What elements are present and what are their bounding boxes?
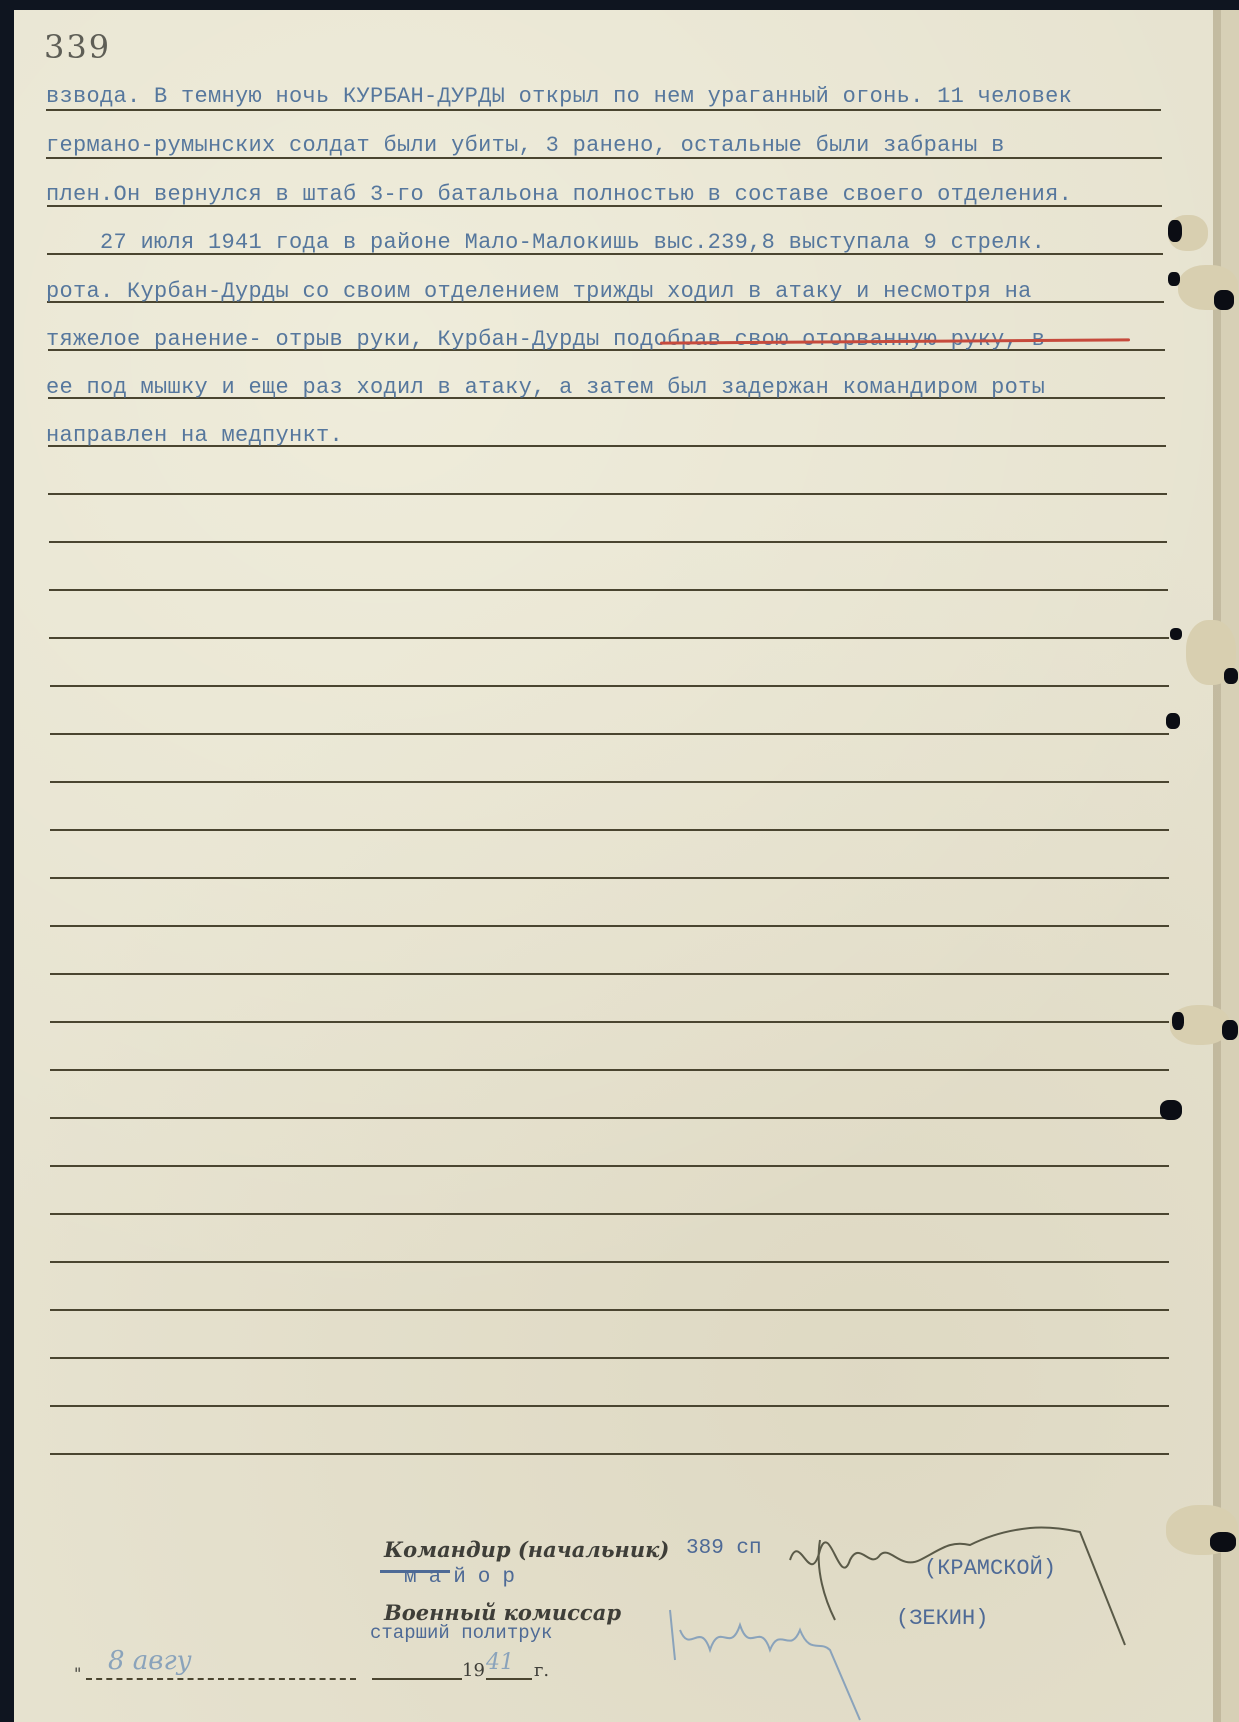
body-line-2: германо-румынских солдат были убиты, 3 р… [46, 133, 1005, 158]
document-page [14, 10, 1239, 1722]
commander-unit: 389 сп [686, 1537, 762, 1560]
body-line-1: взвода. В темную ночь КУРБАН-ДУРДЫ откры… [46, 84, 1072, 109]
ruled-line [50, 1357, 1170, 1359]
binding-hole [1222, 1020, 1238, 1040]
binding-hole [1224, 668, 1238, 684]
binding-hole [1160, 1100, 1182, 1120]
ruled-line [49, 589, 1168, 591]
ruled-line [46, 109, 1161, 111]
ruled-line [50, 1453, 1170, 1455]
ruled-line [50, 1117, 1170, 1119]
ruled-line [50, 829, 1170, 831]
ruled-line [50, 1405, 1170, 1407]
ruled-line [50, 1261, 1170, 1263]
binding-hole [1170, 628, 1182, 640]
binding-hole [1168, 220, 1182, 242]
ruled-line [50, 1165, 1170, 1167]
binding-hole [1168, 272, 1180, 286]
ruled-line [50, 877, 1170, 879]
binding-hole [1214, 290, 1234, 310]
ruled-line [50, 973, 1170, 975]
binding-hole [1172, 1012, 1184, 1030]
commissar-signature [650, 1600, 910, 1722]
ruled-line [49, 637, 1168, 639]
commander-label: Командир (начальник) [384, 1537, 669, 1562]
date-quote: " [74, 1664, 81, 1683]
ruled-line [50, 925, 1170, 927]
body-line-5: рота. Курбан-Дурды со своим отделением т… [46, 279, 1032, 304]
body-line-7: ее под мышку и еще раз ходил в атаку, а … [46, 375, 1045, 400]
date-year-prefix: 19 [462, 1660, 485, 1681]
date-month-line [372, 1678, 462, 1680]
body-line-8: направлен на медпункт. [46, 423, 343, 448]
ruled-line [50, 1021, 1170, 1023]
date-day-line [86, 1678, 356, 1681]
binding-hole [1166, 713, 1180, 729]
ruled-line [50, 1309, 1170, 1311]
date-year-handwritten: 41 [486, 1650, 514, 1675]
commissar-rank: старший политрук [370, 1622, 552, 1644]
ruled-line [50, 781, 1170, 783]
date-year-suffix: г. [534, 1660, 549, 1681]
ruled-line [50, 1069, 1170, 1071]
ruled-line [48, 493, 1166, 495]
binding-hole [1210, 1532, 1236, 1552]
ruled-line [50, 733, 1170, 735]
commander-rank: майор [404, 1566, 527, 1589]
ruled-line [50, 685, 1170, 687]
body-line-3: плен.Он вернулся в штаб 3-го батальона п… [46, 182, 1072, 207]
date-year-line [486, 1678, 532, 1680]
body-line-4: 27 июля 1941 года в районе Мало-Малокишь… [46, 230, 1045, 255]
page-number: 339 [44, 28, 111, 66]
ruled-line [49, 541, 1168, 543]
ruled-line [50, 1213, 1170, 1215]
date-day-handwritten: 8 авгу [108, 1646, 192, 1676]
